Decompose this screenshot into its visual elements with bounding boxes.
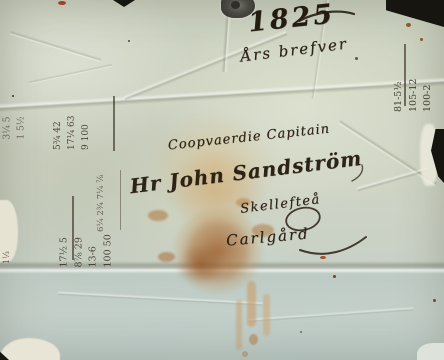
margin-note-line: 3¼ 5 — [2, 92, 16, 140]
paper-corner-bottom-right — [417, 343, 444, 360]
margin-note-line: 9 100 — [80, 88, 94, 150]
margin-note-line: 100-2 — [421, 24, 436, 112]
margin-note-line: 1 5½ — [15, 92, 29, 140]
margin-arithmetic-left-2: 5¾ 42 17¼ 63 9 100 — [52, 88, 110, 150]
margin-arithmetic-left-1: 3¼ 5 1 5½ — [2, 92, 45, 140]
margin-note-line: 17¼ 63 — [66, 88, 80, 150]
letter-photograph: 1825 Års brefver Coopvaerdie Capitain Hr… — [0, 0, 444, 360]
margin-note-tiny: 1⅓ — [1, 246, 19, 264]
margin-note-line: 81-5½ — [392, 24, 407, 112]
margin-note-line: 105-12 — [407, 24, 422, 112]
margin-note-line: 17½ 5 — [58, 162, 73, 268]
margin-note-line: 5¾ 42 — [52, 88, 66, 150]
margin-arithmetic-left-4: 6¼ 2¾ 7¼ ⅞ — [95, 160, 125, 232]
margin-arithmetic-right: 81-5½ 105-12 100-2 — [392, 24, 440, 112]
wax-seal-center — [231, 1, 240, 9]
margin-note-line: 8⅞ 29 — [72, 162, 87, 268]
paper-lower-fold-tint — [0, 272, 444, 360]
